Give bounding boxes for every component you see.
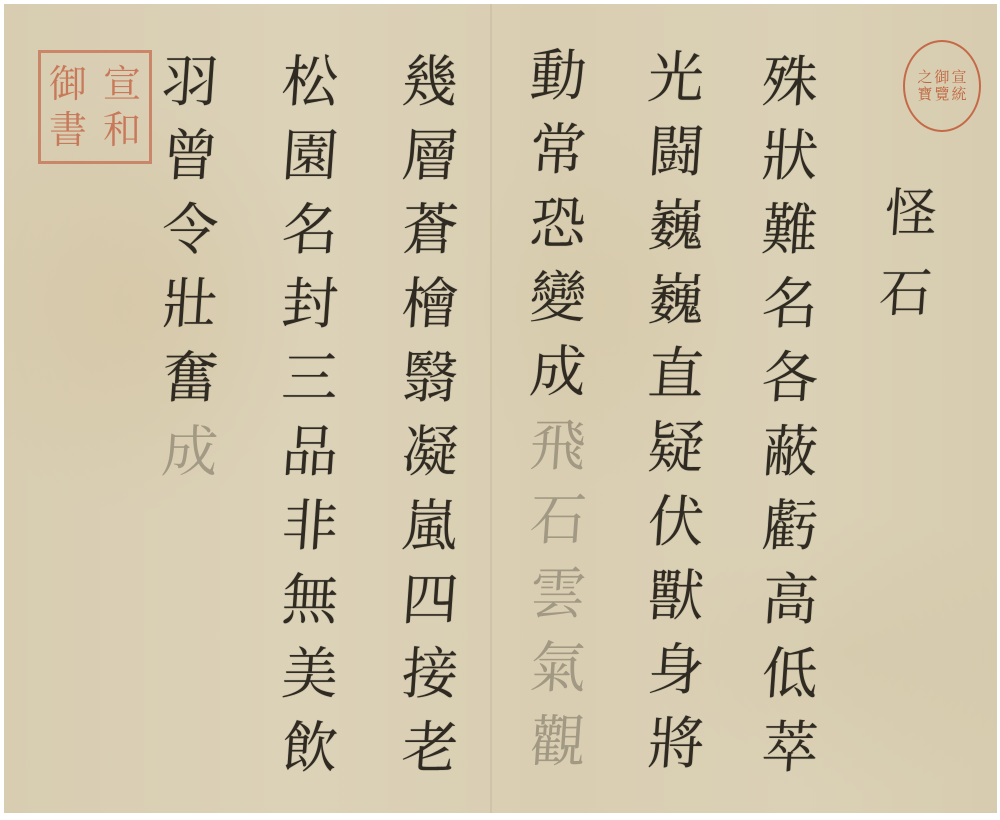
poem-char-faded: 氣 (527, 632, 588, 706)
poem-char: 令 (159, 194, 220, 268)
seal-char: 書 (49, 107, 87, 153)
seal-char: 御 (934, 69, 949, 86)
poem-column-1: 殊 狀 難 名 各 蔽 虧 高 低 萃 (762, 46, 818, 786)
seal-char: 御 (49, 61, 87, 107)
poem-column-5: 松 園 名 封 三 品 非 無 美 飲 (282, 46, 338, 786)
poem-char: 翳 (399, 342, 460, 416)
seal-column: 宣 統 (952, 69, 967, 103)
poem-char: 幾 (399, 46, 460, 120)
poem-char: 園 (279, 120, 340, 194)
seal-char: 宣 (952, 69, 967, 86)
poem-char: 伏 (645, 486, 706, 560)
poem-char: 非 (279, 490, 340, 564)
seal-char: 寶 (917, 86, 932, 103)
poem-char: 變 (527, 262, 588, 336)
poem-char-faded: 飛 (527, 410, 588, 484)
seal-column: 之 寶 (917, 69, 932, 103)
poem-char: 羽 (159, 46, 220, 120)
poem-char: 獸 (645, 560, 706, 634)
poem-char-faded: 觀 (527, 706, 588, 780)
poem-char: 低 (759, 638, 820, 712)
seal-column: 御 書 (49, 61, 87, 153)
title-column: 怪石 (872, 185, 932, 345)
poem-char-faded: 雲 (527, 558, 588, 632)
poem-column-6: 羽 曾 令 壯 奮 成 (162, 46, 218, 490)
poem-char: 名 (759, 268, 820, 342)
title-char: 怪石 (866, 185, 937, 345)
poem-char: 直 (645, 338, 706, 412)
poem-char: 殊 (759, 46, 820, 120)
poem-char: 嵐 (399, 490, 460, 564)
poem-char: 飲 (279, 712, 340, 786)
seal-imperial-square: 宣 和 御 書 (38, 50, 152, 164)
poem-char: 成 (527, 336, 588, 410)
poem-char: 蒼 (399, 194, 460, 268)
poem-char-faded: 成 (159, 416, 220, 490)
seal-xuantong-oval: 宣 統 御 覽 之 寶 (903, 40, 981, 132)
seal-column: 御 覽 (934, 69, 949, 103)
poem-char: 封 (279, 268, 340, 342)
poem-char: 蔽 (759, 416, 820, 490)
seal-char: 覽 (934, 86, 949, 103)
poem-char: 曾 (159, 120, 220, 194)
poem-char: 三 (279, 342, 340, 416)
poem-char: 難 (759, 194, 820, 268)
poem-char: 壯 (159, 268, 220, 342)
poem-char: 恐 (527, 188, 588, 262)
poem-char: 高 (759, 564, 820, 638)
silk-paper-background (4, 4, 997, 813)
poem-char: 凝 (399, 416, 460, 490)
poem-char: 身 (645, 634, 706, 708)
poem-column-4: 幾 層 蒼 檜 翳 凝 嵐 四 接 老 (402, 46, 458, 786)
seal-char: 之 (917, 69, 932, 86)
poem-char: 接 (399, 638, 460, 712)
seal-column: 宣 和 (103, 61, 141, 153)
poem-char: 狀 (759, 120, 820, 194)
poem-char: 名 (279, 194, 340, 268)
poem-char: 無 (279, 564, 340, 638)
poem-char: 層 (399, 120, 460, 194)
poem-char: 巍 (645, 264, 706, 338)
poem-char: 檜 (399, 268, 460, 342)
poem-char: 動 (527, 40, 588, 114)
poem-char: 虧 (759, 490, 820, 564)
poem-char: 四 (399, 564, 460, 638)
poem-char: 疑 (645, 412, 706, 486)
poem-char: 光 (645, 42, 706, 116)
poem-char: 萃 (759, 712, 820, 786)
poem-char-faded: 石 (527, 484, 588, 558)
poem-char: 老 (399, 712, 460, 786)
poem-column-2: 光 闘 巍 巍 直 疑 伏 獸 身 將 (648, 42, 704, 782)
poem-char: 闘 (645, 116, 706, 190)
poem-char: 將 (645, 708, 706, 782)
seal-char: 和 (103, 107, 141, 153)
seal-char: 宣 (103, 61, 141, 107)
poem-column-3: 動 常 恐 變 成 飛 石 雲 氣 觀 (530, 40, 586, 780)
poem-char: 品 (279, 416, 340, 490)
paper-fold-line (490, 4, 492, 813)
poem-char: 松 (279, 46, 340, 120)
poem-char: 常 (527, 114, 588, 188)
poem-char: 巍 (645, 190, 706, 264)
poem-char: 奮 (159, 342, 220, 416)
poem-char: 美 (279, 638, 340, 712)
poem-char: 各 (759, 342, 820, 416)
seal-char: 統 (952, 86, 967, 103)
